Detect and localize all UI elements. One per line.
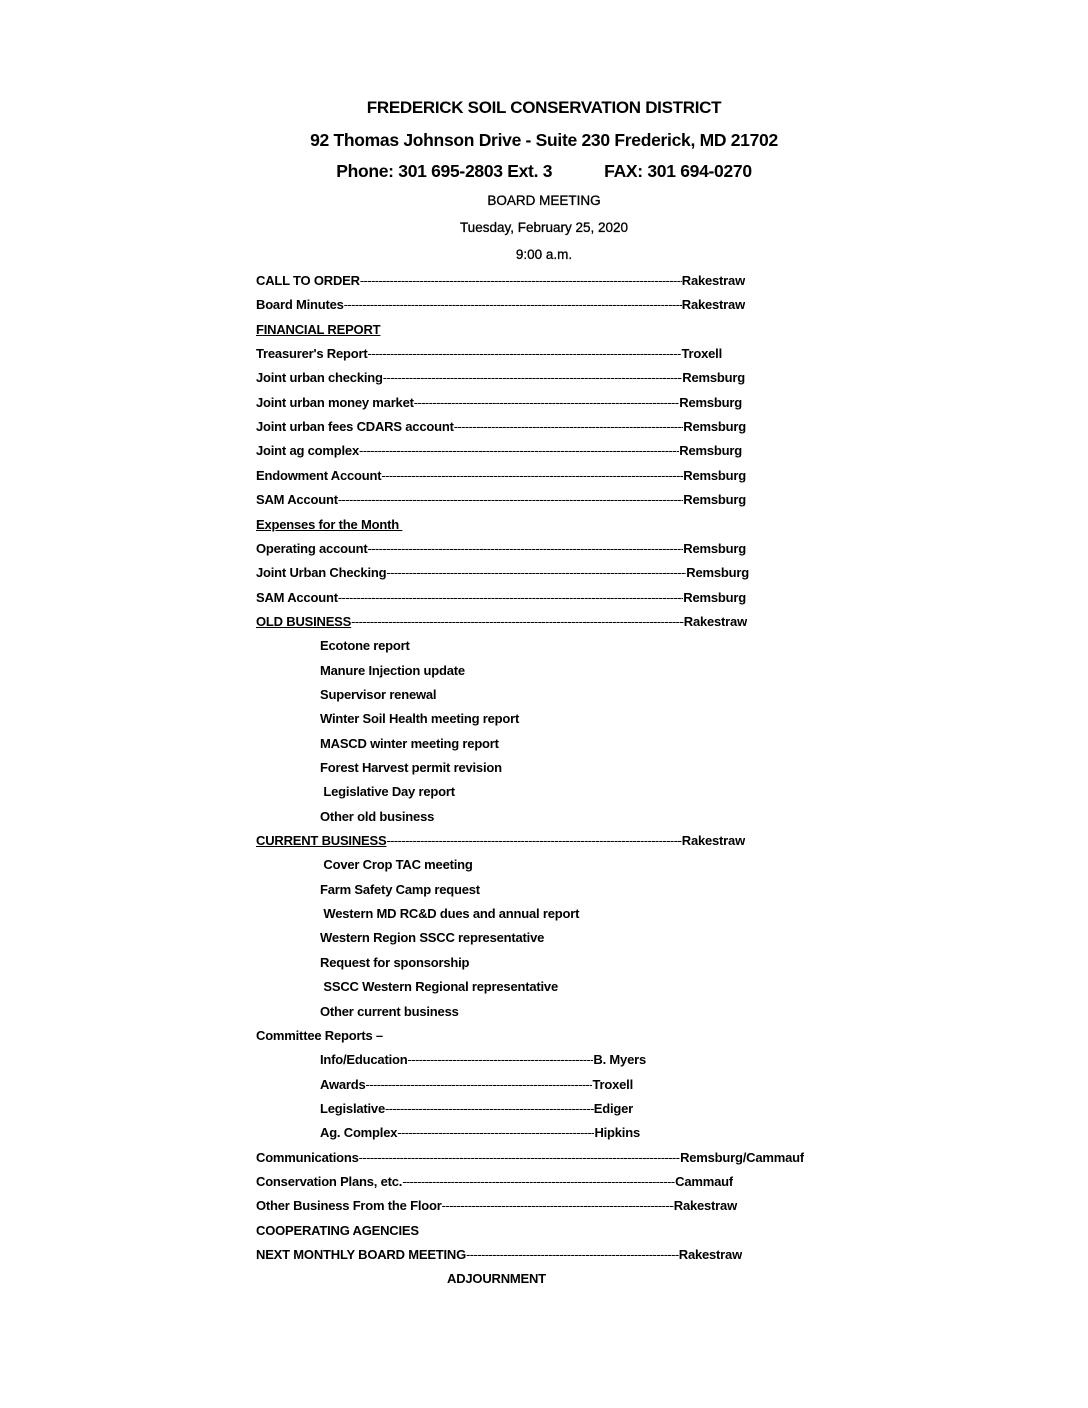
agenda-row: OLD BUSINESS----------------------------… [256, 614, 747, 632]
agenda-row: Communications--------------------------… [256, 1150, 804, 1168]
org-address: 92 Thomas Johnson Drive - Suite 230 Fred… [0, 130, 1088, 151]
agenda-row: Operating account-----------------------… [256, 541, 746, 559]
leader-dashes: ----------------------------------------… [360, 273, 682, 288]
meeting-title: BOARD MEETING [0, 193, 1088, 208]
agenda-item-label: Joint ag complex [256, 443, 359, 458]
agenda-item-presenter: Troxell [681, 346, 722, 361]
agenda-row: SAM Account-----------------------------… [256, 492, 746, 510]
agenda-item-presenter: Rakestraw [682, 297, 745, 312]
leader-dashes: ----------------------------------------… [466, 1247, 679, 1262]
agenda-item-label: Communications [256, 1150, 359, 1165]
leader-dashes: ----------------------------------------… [407, 1052, 593, 1067]
agenda-subitem: Supervisor renewal [320, 687, 436, 702]
agenda-item-label: Board Minutes [256, 297, 344, 312]
agenda-subitem: Request for sponsorship [320, 955, 469, 970]
agenda-subitem: SSCC Western Regional representative [320, 979, 558, 994]
agenda-subitem: Cover Crop TAC meeting [320, 857, 473, 872]
leader-dashes: ----------------------------------------… [367, 541, 683, 556]
agenda-item-label: Joint urban money market [256, 395, 414, 410]
agenda-item-label: Operating account [256, 541, 367, 556]
agenda-row: CURRENT BUSINESS------------------------… [256, 833, 745, 851]
agenda-row: SAM Account-----------------------------… [256, 590, 746, 608]
agenda-subitem: Legislative Day report [320, 784, 455, 799]
agenda-item-label: Legislative [320, 1101, 385, 1116]
agenda-item-presenter: Ediger [594, 1101, 633, 1116]
leader-dashes: ----------------------------------------… [414, 395, 680, 410]
agenda-item-label: CALL TO ORDER [256, 273, 360, 288]
agenda-row: Conservation Plans, etc.----------------… [256, 1174, 733, 1192]
agenda-row: Other Business From the Floor-----------… [256, 1198, 737, 1216]
agenda-item-label: Endowment Account [256, 468, 381, 483]
agenda-item-label: Ag. Complex [320, 1125, 397, 1140]
agenda-plain-item: Committee Reports – [256, 1028, 383, 1043]
agenda-row: Joint Urban Checking--------------------… [256, 565, 749, 583]
leader-dashes: ----------------------------------------… [359, 1150, 680, 1165]
leader-dashes: ----------------------------------------… [344, 297, 682, 312]
contact-line: Phone: 301 695-2803 Ext. 3FAX: 301 694-0… [0, 161, 1088, 182]
phone-number: Phone: 301 695-2803 Ext. 3 [336, 161, 552, 181]
agenda-item-presenter: Rakestraw [674, 1198, 737, 1213]
leader-dashes: ----------------------------------------… [385, 1101, 594, 1116]
adjournment: ADJOURNMENT [447, 1271, 546, 1286]
leader-dashes: ----------------------------------------… [397, 1125, 594, 1140]
leader-dashes: ----------------------------------------… [366, 1077, 593, 1092]
agenda-item-presenter: Remsburg [683, 419, 746, 434]
agenda-item-presenter: Remsburg [679, 443, 742, 458]
agenda-row: Legislative-----------------------------… [320, 1101, 633, 1119]
agenda-item-presenter: Remsburg [683, 492, 746, 507]
leader-dashes: ----------------------------------------… [386, 565, 686, 580]
leader-dashes: ----------------------------------------… [381, 468, 683, 483]
agenda-row: Board Minutes---------------------------… [256, 297, 745, 315]
agenda-subitem: Western Region SSCC representative [320, 930, 544, 945]
agenda-item-presenter: Remsburg [686, 565, 749, 580]
agenda-item-presenter: Troxell [592, 1077, 633, 1092]
leader-dashes: ----------------------------------------… [367, 346, 681, 361]
agenda-item-presenter: Remsburg/Cammauf [680, 1150, 804, 1165]
agenda-item-presenter: Remsburg [683, 590, 746, 605]
agenda-row: Joint urban fees CDARS account----------… [256, 419, 746, 437]
agenda-item-label: Awards [320, 1077, 366, 1092]
agenda-row: Ag. Complex-----------------------------… [320, 1125, 640, 1143]
leader-dashes: ----------------------------------------… [359, 443, 679, 458]
agenda-row: Joint ag complex------------------------… [256, 443, 742, 461]
agenda-subitem: Farm Safety Camp request [320, 882, 480, 897]
agenda-subitem: Ecotone report [320, 638, 410, 653]
leader-dashes: ----------------------------------------… [454, 419, 684, 434]
agenda-row: Endowment Account-----------------------… [256, 468, 746, 486]
agenda-item-label: NEXT MONTHLY BOARD MEETING [256, 1247, 466, 1262]
agenda-item-label: Joint Urban Checking [256, 565, 386, 580]
agenda-item-label: SAM Account [256, 590, 338, 605]
leader-dashes: ----------------------------------------… [338, 492, 683, 507]
agenda-item-label: Joint urban checking [256, 370, 383, 385]
agenda-subitem: Forest Harvest permit revision [320, 760, 502, 775]
agenda-item-label: Joint urban fees CDARS account [256, 419, 454, 434]
agenda-item-presenter: Hipkins [594, 1125, 640, 1140]
agenda-item-presenter: Rakestraw [682, 273, 745, 288]
agenda-subitem: Other current business [320, 1004, 459, 1019]
leader-dashes: ----------------------------------------… [351, 614, 684, 629]
section-heading: FINANCIAL REPORT [256, 322, 380, 337]
agenda-item-presenter: Rakestraw [684, 614, 747, 629]
agenda-item-presenter: Rakestraw [682, 833, 745, 848]
leader-dashes: ----------------------------------------… [383, 370, 683, 385]
leader-dashes: ----------------------------------------… [402, 1174, 675, 1189]
agenda-item-presenter: B. Myers [593, 1052, 646, 1067]
agenda-item-presenter: Remsburg [682, 370, 745, 385]
leader-dashes: ----------------------------------------… [386, 833, 681, 848]
section-heading: Expenses for the Month [256, 517, 402, 532]
agenda-plain-item: COOPERATING AGENCIES [256, 1223, 419, 1238]
agenda-subitem: Manure Injection update [320, 663, 465, 678]
agenda-subitem: Winter Soil Health meeting report [320, 711, 519, 726]
agenda-item-label: Treasurer's Report [256, 346, 367, 361]
agenda-item-presenter: Remsburg [683, 468, 746, 483]
agenda-item-label: CURRENT BUSINESS [256, 833, 386, 848]
org-name: FREDERICK SOIL CONSERVATION DISTRICT [0, 98, 1088, 118]
agenda-row: Joint urban checking--------------------… [256, 370, 745, 388]
meeting-time: 9:00 a.m. [0, 247, 1088, 262]
agenda-row: Awards----------------------------------… [320, 1077, 633, 1095]
agenda-item-label: SAM Account [256, 492, 338, 507]
agenda-subitem: Other old business [320, 809, 434, 824]
agenda-item-presenter: Cammauf [675, 1174, 733, 1189]
agenda-row: Treasurer's Report ---------------------… [256, 346, 722, 364]
agenda-subitem: Western MD RC&D dues and annual report [320, 906, 579, 921]
agenda-item-presenter: Remsburg [679, 395, 742, 410]
agenda-item-presenter: Remsburg [683, 541, 746, 556]
agenda-item-presenter: Rakestraw [679, 1247, 742, 1262]
agenda-row: NEXT MONTHLY BOARD MEETING--------------… [256, 1247, 742, 1265]
agenda-item-label: Other Business From the Floor [256, 1198, 442, 1213]
leader-dashes: ----------------------------------------… [442, 1198, 674, 1213]
agenda-item-label: Info/Education [320, 1052, 407, 1067]
agenda-subitem: MASCD winter meeting report [320, 736, 499, 751]
agenda-row: Info/Education--------------------------… [320, 1052, 646, 1070]
leader-dashes: ----------------------------------------… [338, 590, 683, 605]
meeting-date: Tuesday, February 25, 2020 [0, 220, 1088, 235]
agenda-row: CALL TO ORDER---------------------------… [256, 273, 745, 291]
agenda-item-label: OLD BUSINESS [256, 614, 351, 629]
agenda-row: Joint urban money market----------------… [256, 395, 742, 413]
agenda-item-label: Conservation Plans, etc. [256, 1174, 402, 1189]
fax-number: FAX: 301 694-0270 [604, 161, 752, 181]
